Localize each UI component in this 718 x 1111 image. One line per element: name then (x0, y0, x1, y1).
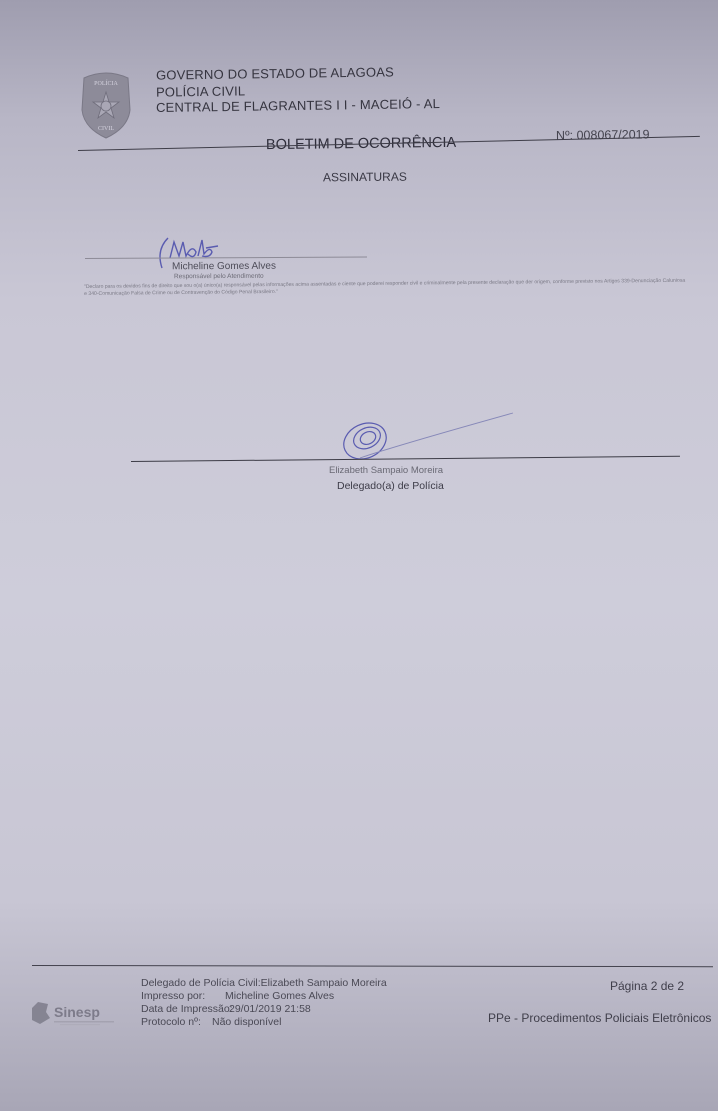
footer-divider (32, 965, 713, 967)
footer-impresso-value: Micheline Gomes Alves (225, 990, 334, 1002)
signature-1-role: Responsável pelo Atendimento (174, 273, 264, 280)
document-number: Nº: 008067/2019 (556, 127, 650, 142)
footer-protocolo: Protocolo nº: Não disponível (141, 1016, 201, 1028)
signature-2-role: Delegado(a) de Polícia (337, 480, 444, 492)
footer-data-value: 29/01/2019 21:58 (229, 1003, 311, 1015)
sinesp-logo-icon: Sinesp (28, 1000, 123, 1028)
signature-1-name: Micheline Gomes Alves (172, 261, 276, 273)
footer-protocolo-label: Protocolo nº: (141, 1016, 201, 1028)
svg-text:Sinesp: Sinesp (54, 1004, 100, 1020)
section-title: ASSINATURAS (323, 170, 407, 185)
header-central: CENTRAL DE FLAGRANTES I I - MACEIÓ - AL (156, 96, 440, 115)
header-policia-civil: POLÍCIA CIVIL (156, 83, 246, 99)
footer-protocolo-value: Não disponível (212, 1016, 281, 1028)
header-government: GOVERNO DO ESTADO DE ALAGOAS (156, 64, 394, 82)
system-name: PPe - Procedimentos Policiais Eletrônico… (488, 1011, 711, 1025)
declaration-text: "Declaro para os devidos fins de direito… (84, 278, 689, 298)
page-indicator: Página 2 de 2 (610, 979, 684, 993)
footer-impresso: Impresso por: Micheline Gomes Alves (141, 990, 205, 1002)
footer-data: Data de Impressão: 29/01/2019 21:58 (141, 1003, 233, 1015)
signature-2-name: Elizabeth Sampaio Moreira (329, 465, 443, 476)
policia-civil-badge-icon: POLÍCIA CIVIL (78, 70, 134, 140)
svg-text:CIVIL: CIVIL (98, 126, 114, 132)
footer-delegado: Delegado de Polícia Civil:Elizabeth Samp… (141, 977, 387, 989)
footer-impresso-label: Impresso por: (141, 990, 205, 1002)
footer-data-label: Data de Impressão: (141, 1003, 233, 1015)
svg-text:POLÍCIA: POLÍCIA (94, 79, 118, 87)
